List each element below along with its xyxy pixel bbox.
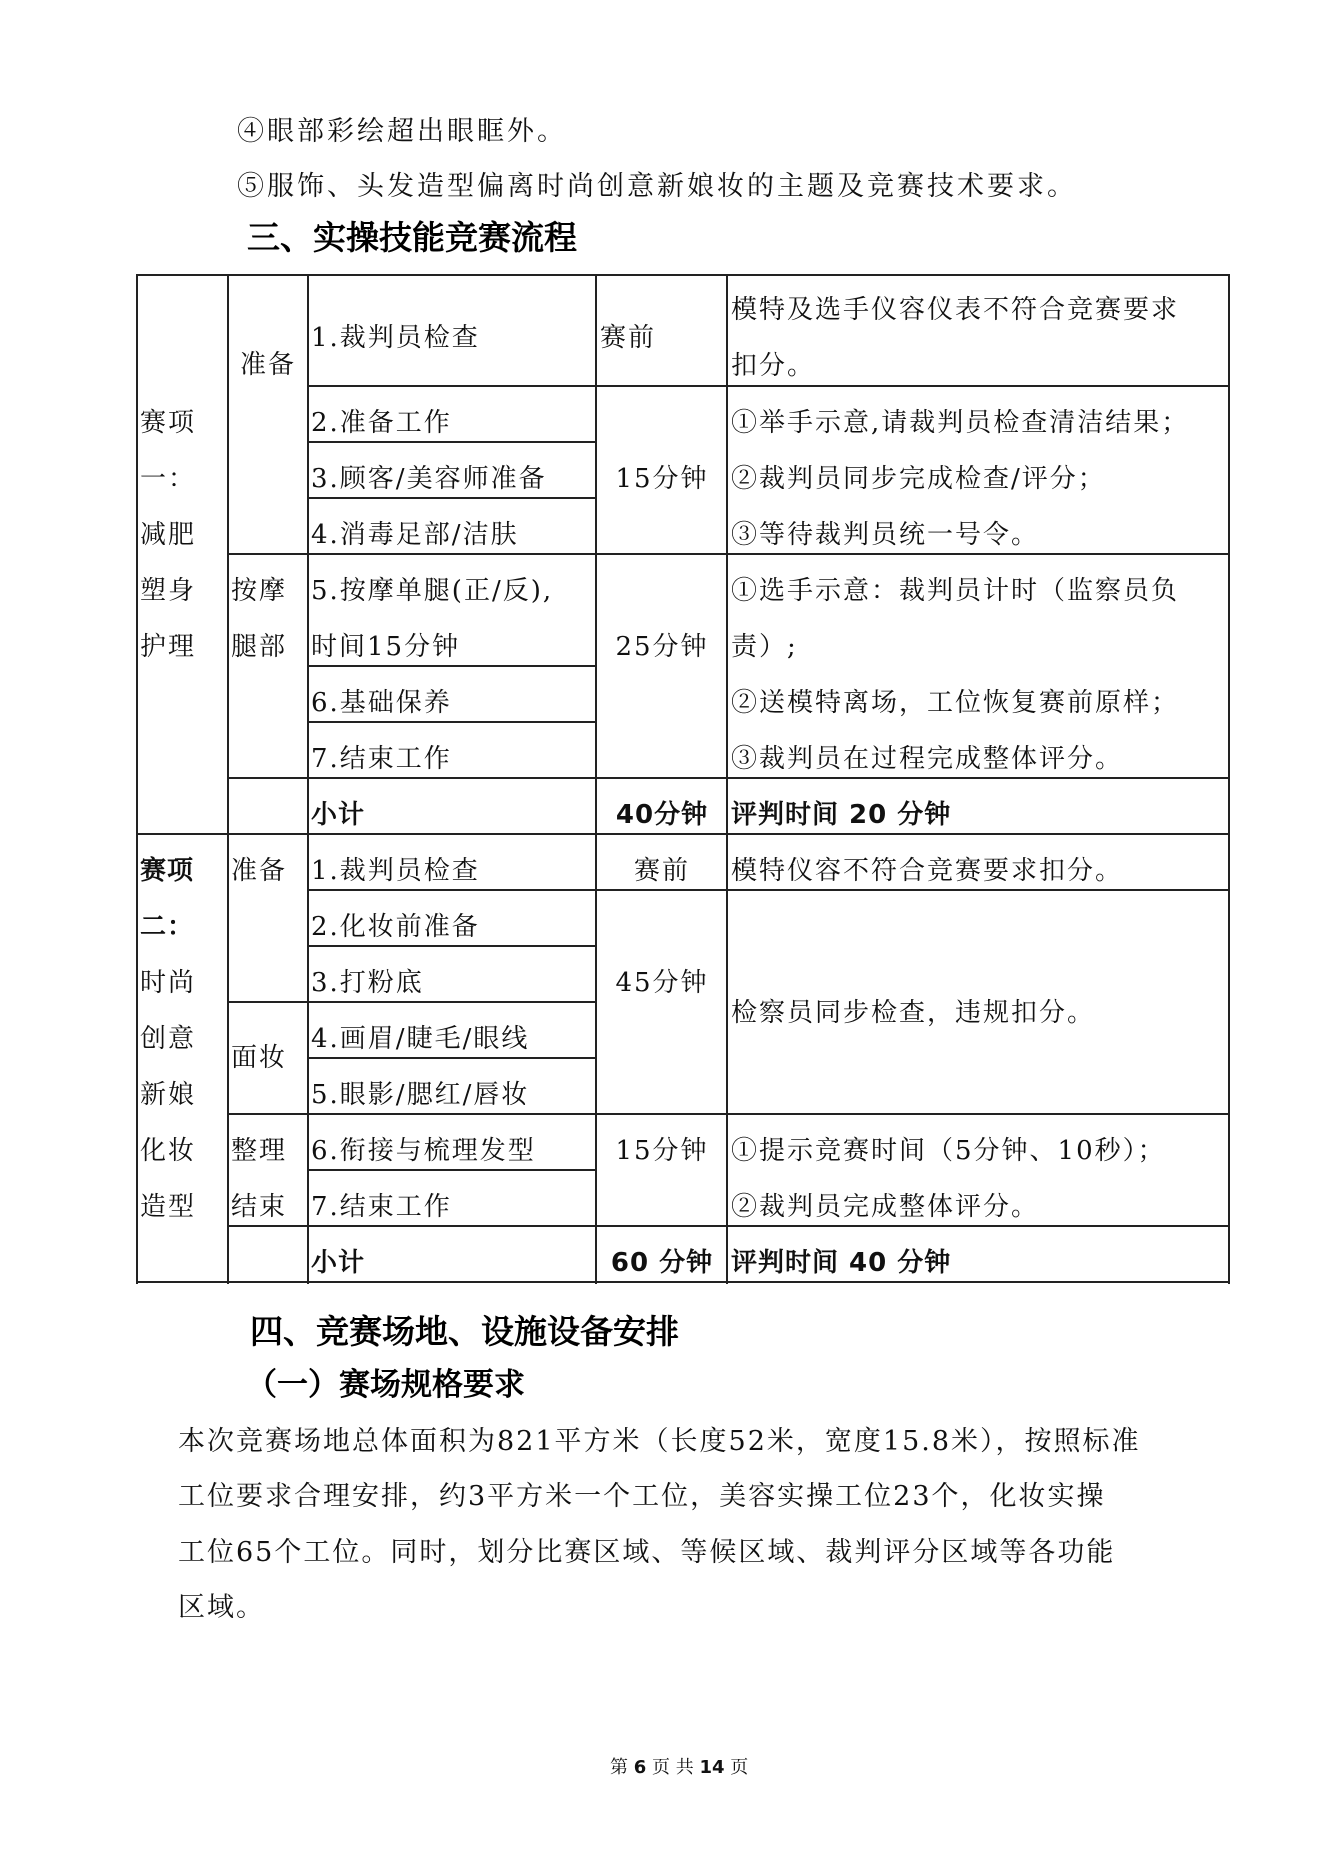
event1-group-massage-line: 腿部 xyxy=(229,619,287,675)
event2-step: 6.衔接与梳理发型 xyxy=(309,1123,536,1179)
event1-step: 7.结束工作 xyxy=(309,731,452,787)
event1-name-line: 减肥 xyxy=(138,507,196,563)
paragraph-line: 本次竞赛场地总体面积为821平方米（长度52米，宽度15.8米），按照标准 xyxy=(178,1425,1141,1459)
section-3-heading: 三、实操技能竞赛流程 xyxy=(247,218,577,258)
subsection-1-heading: （一）赛场规格要求 xyxy=(246,1365,525,1405)
event1-subtotal-note: 评判时间 20 分钟 xyxy=(729,787,951,843)
event2-step: 5.眼影/腮红/唇妆 xyxy=(309,1067,529,1123)
event2-step: 4.画眉/睫毛/眼线 xyxy=(309,1011,529,1067)
intro-line-4: ④眼部彩绘超出眼眶外。 xyxy=(237,115,567,149)
event1-note-pre-line: 扣分。 xyxy=(729,338,815,394)
event2-time-finish: 15分钟 xyxy=(597,1123,727,1179)
event2-name-line: 创意 xyxy=(138,1011,196,1067)
paragraph-line: 工位65个工位。同时，划分比赛区域、等候区域、裁判评分区域等各功能 xyxy=(178,1536,1115,1570)
event1-time-pre: 赛前 xyxy=(598,310,656,366)
event1-group-massage-line: 按摩 xyxy=(229,563,287,619)
footer-prefix: 第 xyxy=(610,1757,628,1778)
event2-group-makeup: 面妆 xyxy=(229,1030,287,1086)
event2-name-line: 新娘 xyxy=(138,1067,196,1123)
event2-time-makeup: 45分钟 xyxy=(597,955,727,1011)
event2-note-finish-line: ①提示竞赛时间（5分钟、10秒）； xyxy=(729,1123,1166,1179)
event2-note-pre: 模特仪容不符合竞赛要求扣分。 xyxy=(729,843,1123,899)
event1-note-massage-line: 责）; xyxy=(729,619,798,675)
event2-name-line: 赛项 xyxy=(138,843,194,899)
event2-name-line: 时尚 xyxy=(138,955,196,1011)
event2-time-pre: 赛前 xyxy=(597,843,727,899)
section-4-heading: 四、竞赛场地、设施设备安排 xyxy=(250,1312,679,1352)
event1-step: 4.消毒足部/洁肤 xyxy=(309,507,519,563)
footer-total-pages: 14 xyxy=(699,1757,724,1778)
event1-name-line: 一： xyxy=(138,451,196,507)
paragraph-line: 区域。 xyxy=(178,1591,265,1625)
event2-name-line: 化妆 xyxy=(138,1123,196,1179)
event1-note-prep-line: ②裁判员同步完成检查/评分； xyxy=(729,451,1106,507)
event1-name-line: 塑身 xyxy=(138,563,196,619)
event2-step: 7.结束工作 xyxy=(309,1179,452,1235)
footer-suffix: 页 xyxy=(730,1757,748,1778)
event2-group-finish-line: 结束 xyxy=(229,1179,287,1235)
event1-note-prep-line: ③等待裁判员统一号令。 xyxy=(729,507,1039,563)
event2-name-line: 造型 xyxy=(138,1179,196,1235)
footer-page-number: 6 xyxy=(634,1757,647,1778)
event2-step: 2.化妆前准备 xyxy=(309,899,480,955)
event1-note-prep-line: ①举手示意,请裁判员检查清洁结果； xyxy=(729,395,1189,451)
event1-step: 6.基础保养 xyxy=(309,675,452,731)
event2-step: 1.裁判员检查 xyxy=(309,843,480,899)
event2-group-prep: 准备 xyxy=(229,843,287,899)
event2-note-makeup: 检察员同步检查，违规扣分。 xyxy=(729,985,1095,1041)
event1-subtotal-time: 40分钟 xyxy=(597,787,727,843)
event1-note-massage-line: ②送模特离场，工位恢复赛前原样； xyxy=(729,675,1179,731)
event1-name-line: 赛项 xyxy=(138,395,196,451)
event1-step: 时间15分钟 xyxy=(309,619,460,675)
event1-note-massage-line: ③裁判员在过程完成整体评分。 xyxy=(729,731,1123,787)
page-footer: 第 6 页 共 14 页 xyxy=(610,1753,748,1779)
event2-subtotal-time: 60 分钟 xyxy=(597,1235,727,1291)
table-border-right xyxy=(1228,274,1230,1284)
event1-time-massage: 25分钟 xyxy=(597,619,727,675)
event2-note-finish-line: ②裁判员完成整体评分。 xyxy=(729,1179,1039,1235)
event2-step: 3.打粉底 xyxy=(309,955,424,1011)
intro-line-5: ⑤服饰、头发造型偏离时尚创意新娘妆的主题及竞赛技术要求。 xyxy=(237,170,1077,204)
event2-subtotal-label: 小计 xyxy=(309,1235,365,1291)
event1-step: 1.裁判员检查 xyxy=(309,310,480,366)
table-border-top xyxy=(136,274,1230,276)
event1-step: 3.顾客/美容师准备 xyxy=(309,451,547,507)
event1-note-massage-line: ①选手示意：裁判员计时（监察员负 xyxy=(729,563,1179,619)
event1-group-prep: 准备 xyxy=(238,337,296,393)
event2-group-finish-line: 整理 xyxy=(229,1123,287,1179)
event2-subtotal-note: 评判时间 40 分钟 xyxy=(729,1235,951,1291)
paragraph-line: 工位要求合理安排，约3平方米一个工位，美容实操工位23个，化妆实操 xyxy=(178,1480,1106,1514)
event1-step: 5.按摩单腿(正/反), xyxy=(309,563,553,619)
event1-name-line: 护理 xyxy=(138,619,196,675)
event1-step: 2.准备工作 xyxy=(309,395,452,451)
event1-time-prep: 15分钟 xyxy=(597,451,727,507)
event1-subtotal-label: 小计 xyxy=(309,787,365,843)
event2-name-line: 二： xyxy=(138,899,194,955)
footer-middle: 页 共 xyxy=(652,1757,694,1778)
event1-note-pre-line: 模特及选手仪容仪表不符合竞赛要求 xyxy=(729,282,1179,338)
